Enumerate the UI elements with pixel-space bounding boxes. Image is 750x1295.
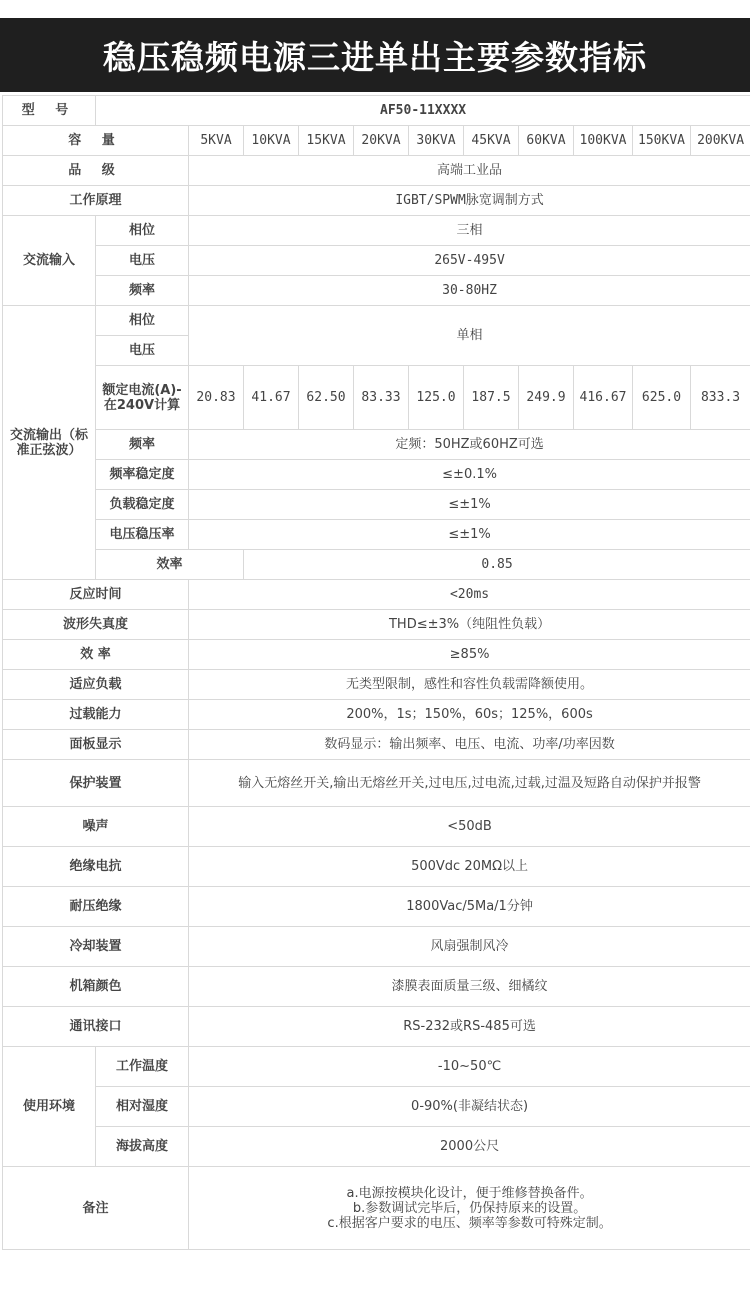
- freq-stability-label: 频率稳定度: [96, 460, 189, 490]
- table-row-rated-current: 额定电流(A)-在240V计算 20.83 41.67 62.50 83.33 …: [3, 366, 750, 430]
- page-title: 稳压稳频电源三进单出主要参数指标: [103, 32, 647, 79]
- insulation-resistance-label: 绝缘电抗: [3, 847, 189, 887]
- table-row-ac-output-phase: 交流输出（标准正弦波） 相位 单相: [3, 306, 750, 336]
- table-row-env-temperature: 使用环境 工作温度 -10~50℃: [3, 1047, 750, 1087]
- notes-label: 备注: [3, 1167, 189, 1250]
- withstand-voltage-label: 耐压绝缘: [3, 887, 189, 927]
- rated-current-cell: 416.67: [574, 366, 633, 430]
- grade-label: 品 级: [3, 156, 189, 186]
- chassis-color-value: 漆膜表面质量三级、细橘纹: [189, 967, 750, 1007]
- table-row-panel-display: 面板显示 数码显示：输出频率、电压、电流、功率/功率因数: [3, 730, 750, 760]
- rated-current-cell: 62.50: [299, 366, 354, 430]
- rated-current-label: 额定电流(A)-在240V计算: [96, 366, 189, 430]
- adaptive-load-label: 适应负载: [3, 670, 189, 700]
- capacity-cell: 100KVA: [574, 126, 633, 156]
- ac-output-phase-label: 相位: [96, 306, 189, 336]
- response-time-value: <20ms: [189, 580, 750, 610]
- efficiency-value: 0.85: [244, 550, 750, 580]
- comm-interface-value: RS-232或RS-485可选: [189, 1007, 750, 1047]
- ac-output-group-label: 交流输出（标准正弦波）: [3, 306, 96, 580]
- ac-input-voltage-label: 电压: [96, 246, 189, 276]
- table-row-freq-stability: 频率稳定度 ≤±0.1%: [3, 460, 750, 490]
- note-line: c.根据客户要求的电压、频率等参数可特殊定制。: [189, 1216, 750, 1231]
- table-row-voltage-regulation: 电压稳压率 ≤±1%: [3, 520, 750, 550]
- load-stability-value: ≤±1%: [189, 490, 750, 520]
- cooling-value: 风扇强制风冷: [189, 927, 750, 967]
- env-temperature-label: 工作温度: [96, 1047, 189, 1087]
- capacity-cell: 5KVA: [189, 126, 244, 156]
- capacity-cell: 60KVA: [519, 126, 574, 156]
- withstand-voltage-value: 1800Vac/5Ma/1分钟: [189, 887, 750, 927]
- table-row-ac-input-phase: 交流输入 相位 三相: [3, 216, 750, 246]
- title-banner: 稳压稳频电源三进单出主要参数指标: [0, 18, 750, 92]
- waveform-distortion-label: 波形失真度: [3, 610, 189, 640]
- cooling-label: 冷却装置: [3, 927, 189, 967]
- notes-value: a.电源按模块化设计，便于维修替换备件。 b.参数调试完毕后，仍保持原来的设置。…: [189, 1167, 750, 1250]
- ac-input-voltage-value: 265V-495V: [189, 246, 750, 276]
- table-row-adaptive-load: 适应负载 无类型限制，感性和容性负载需降额使用。: [3, 670, 750, 700]
- table-row-grade: 品 级 高端工业品: [3, 156, 750, 186]
- insulation-resistance-value: 500Vdc 20MΩ以上: [189, 847, 750, 887]
- capacity-cell: 45KVA: [464, 126, 519, 156]
- rated-current-cell: 20.83: [189, 366, 244, 430]
- ac-input-frequency-label: 频率: [96, 276, 189, 306]
- env-altitude-label: 海拔高度: [96, 1127, 189, 1167]
- capacity-label: 容 量: [3, 126, 189, 156]
- capacity-cell: 10KVA: [244, 126, 299, 156]
- env-temperature-value: -10~50℃: [189, 1047, 750, 1087]
- spec-table: 型 号 AF50-11XXXX 容 量 5KVA 10KVA 15KVA 20K…: [2, 95, 750, 1250]
- efficiency-label: 效率: [96, 550, 244, 580]
- freq-stability-value: ≤±0.1%: [189, 460, 750, 490]
- efficiency-percent-label: 效 率: [3, 640, 189, 670]
- chassis-color-label: 机箱颜色: [3, 967, 189, 1007]
- ac-output-voltage-label: 电压: [96, 336, 189, 366]
- table-row-model: 型 号 AF50-11XXXX: [3, 96, 750, 126]
- rated-current-cell: 125.0: [409, 366, 464, 430]
- ac-output-phase-voltage-value: 单相: [189, 306, 750, 366]
- table-row-efficiency: 效率 0.85: [3, 550, 750, 580]
- capacity-cell: 150KVA: [633, 126, 691, 156]
- response-time-label: 反应时间: [3, 580, 189, 610]
- table-row-chassis-color: 机箱颜色 漆膜表面质量三级、细橘纹: [3, 967, 750, 1007]
- ac-input-group-label: 交流输入: [3, 216, 96, 306]
- table-row-insulation-resistance: 绝缘电抗 500Vdc 20MΩ以上: [3, 847, 750, 887]
- table-row-env-altitude: 海拔高度 2000公尺: [3, 1127, 750, 1167]
- grade-value: 高端工业品: [189, 156, 750, 186]
- ac-input-phase-label: 相位: [96, 216, 189, 246]
- rated-current-cell: 249.9: [519, 366, 574, 430]
- ac-output-frequency-value: 定频：50HZ或60HZ可选: [189, 430, 750, 460]
- capacity-cell: 15KVA: [299, 126, 354, 156]
- overload-value: 200%，1s；150%，60s；125%，600s: [189, 700, 750, 730]
- table-row-overload: 过载能力 200%，1s；150%，60s；125%，600s: [3, 700, 750, 730]
- ac-input-phase-value: 三相: [189, 216, 750, 246]
- env-humidity-value: 0-90%(非凝结状态): [189, 1087, 750, 1127]
- ac-output-frequency-label: 频率: [96, 430, 189, 460]
- overload-label: 过载能力: [3, 700, 189, 730]
- table-row-principle: 工作原理 IGBT/SPWM脉宽调制方式: [3, 186, 750, 216]
- table-row-withstand-voltage: 耐压绝缘 1800Vac/5Ma/1分钟: [3, 887, 750, 927]
- panel-display-value: 数码显示：输出频率、电压、电流、功率/功率因数: [189, 730, 750, 760]
- env-altitude-value: 2000公尺: [189, 1127, 750, 1167]
- table-row-noise: 噪声 <50dB: [3, 807, 750, 847]
- table-row-ac-input-voltage: 电压 265V-495V: [3, 246, 750, 276]
- table-row-waveform-distortion: 波形失真度 THD≤±3%（纯阻性负载）: [3, 610, 750, 640]
- table-row-ac-output-frequency: 频率 定频：50HZ或60HZ可选: [3, 430, 750, 460]
- principle-label: 工作原理: [3, 186, 189, 216]
- table-row-ac-input-frequency: 频率 30-80HZ: [3, 276, 750, 306]
- protection-label: 保护装置: [3, 760, 189, 807]
- rated-current-cell: 41.67: [244, 366, 299, 430]
- rated-current-cell: 833.3: [691, 366, 750, 430]
- adaptive-load-value: 无类型限制，感性和容性负载需降额使用。: [189, 670, 750, 700]
- ac-input-frequency-value: 30-80HZ: [189, 276, 750, 306]
- noise-value: <50dB: [189, 807, 750, 847]
- waveform-distortion-value: THD≤±3%（纯阻性负载）: [189, 610, 750, 640]
- table-row-protection: 保护装置 输入无熔丝开关,输出无熔丝开关,过电压,过电流,过载,过温及短路自动保…: [3, 760, 750, 807]
- table-row-efficiency-percent: 效 率 ≥85%: [3, 640, 750, 670]
- capacity-cell: 20KVA: [354, 126, 409, 156]
- rated-current-cell: 625.0: [633, 366, 691, 430]
- table-row-env-humidity: 相对湿度 0-90%(非凝结状态): [3, 1087, 750, 1127]
- efficiency-percent-value: ≥85%: [189, 640, 750, 670]
- table-row-cooling: 冷却装置 风扇强制风冷: [3, 927, 750, 967]
- capacity-cell: 30KVA: [409, 126, 464, 156]
- table-row-load-stability: 负载稳定度 ≤±1%: [3, 490, 750, 520]
- model-value: AF50-11XXXX: [96, 96, 750, 126]
- environment-group-label: 使用环境: [3, 1047, 96, 1167]
- protection-value: 输入无熔丝开关,输出无熔丝开关,过电压,过电流,过载,过温及短路自动保护并报警: [189, 760, 750, 807]
- table-row-capacity: 容 量 5KVA 10KVA 15KVA 20KVA 30KVA 45KVA 6…: [3, 126, 750, 156]
- capacity-cell: 200KVA: [691, 126, 750, 156]
- table-row-response-time: 反应时间 <20ms: [3, 580, 750, 610]
- table-row-comm-interface: 通讯接口 RS-232或RS-485可选: [3, 1007, 750, 1047]
- rated-current-cell: 83.33: [354, 366, 409, 430]
- voltage-regulation-label: 电压稳压率: [96, 520, 189, 550]
- note-line: b.参数调试完毕后，仍保持原来的设置。: [189, 1201, 750, 1216]
- load-stability-label: 负载稳定度: [96, 490, 189, 520]
- principle-value: IGBT/SPWM脉宽调制方式: [189, 186, 750, 216]
- voltage-regulation-value: ≤±1%: [189, 520, 750, 550]
- model-label: 型 号: [3, 96, 96, 126]
- noise-label: 噪声: [3, 807, 189, 847]
- comm-interface-label: 通讯接口: [3, 1007, 189, 1047]
- table-row-notes: 备注 a.电源按模块化设计，便于维修替换备件。 b.参数调试完毕后，仍保持原来的…: [3, 1167, 750, 1250]
- note-line: a.电源按模块化设计，便于维修替换备件。: [189, 1186, 750, 1201]
- env-humidity-label: 相对湿度: [96, 1087, 189, 1127]
- panel-display-label: 面板显示: [3, 730, 189, 760]
- rated-current-cell: 187.5: [464, 366, 519, 430]
